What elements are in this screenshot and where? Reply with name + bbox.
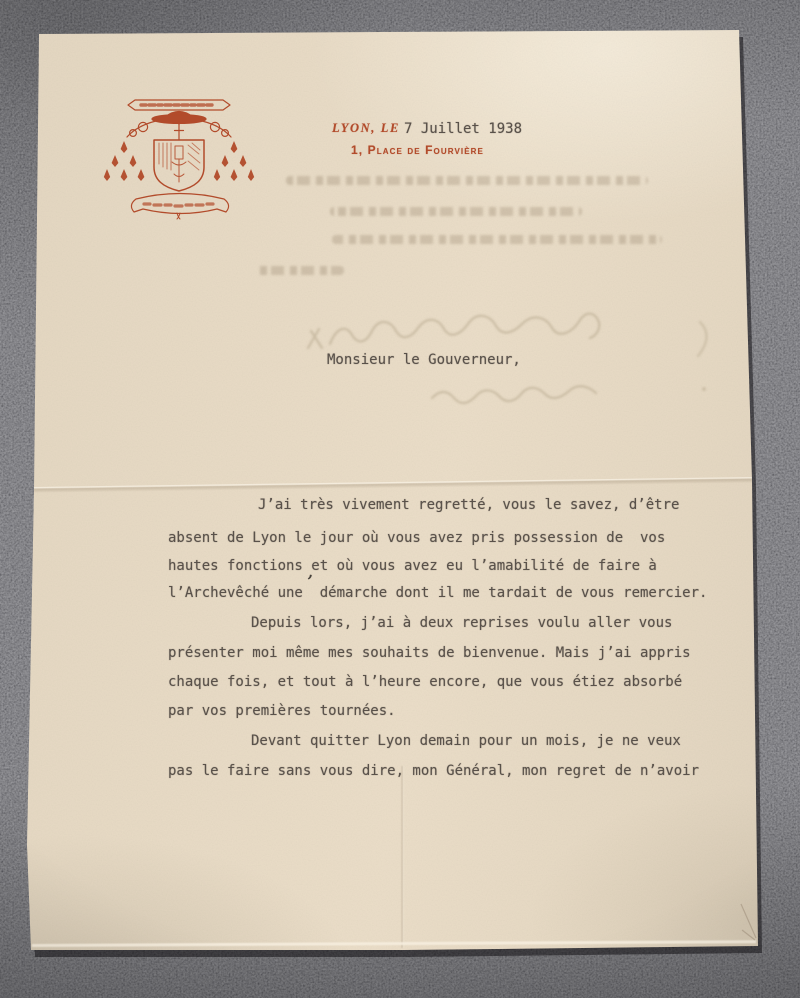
letter-body-line: présenter moi même mes souhaits de bienv… (168, 645, 691, 661)
letter-body-line: J’ai très vivement regretté, vous le sav… (258, 497, 679, 513)
cardinal-coat-of-arms-icon (102, 96, 258, 220)
letter-body-line: absent de Lyon le jour où vous avez pris… (168, 530, 665, 546)
salutation: Monsieur le Gouverneur, (327, 352, 521, 368)
letter-body-line: Devant quitter Lyon demain pour un mois,… (251, 733, 681, 749)
letterhead-place-label: Lyon, le (332, 121, 400, 136)
letter-body-line: chaque fois, et tout à l’heure encore, q… (168, 674, 682, 690)
letterhead-address: 1, Place de Fourvière (351, 143, 484, 157)
letter-paper: Lyon, le 7 Juillet 1938 1, Place de Four… (0, 0, 800, 998)
letter-body-line: hautes fonctions et où vous avez eu l’am… (168, 558, 657, 574)
letterhead-typed-date: 7 Juillet 1938 (404, 121, 522, 137)
letter-photograph: Lyon, le 7 Juillet 1938 1, Place de Four… (0, 0, 800, 998)
letter-body-line: par vos premières tournées. (168, 703, 396, 719)
letter-body-line: pas le faire sans vous dire, mon Général… (168, 763, 699, 779)
letter-body-line: Depuis lors, j’ai à deux reprises voulu … (251, 615, 672, 631)
letter-body-line: l’Archevêché une démarche dont il me tar… (168, 585, 707, 601)
